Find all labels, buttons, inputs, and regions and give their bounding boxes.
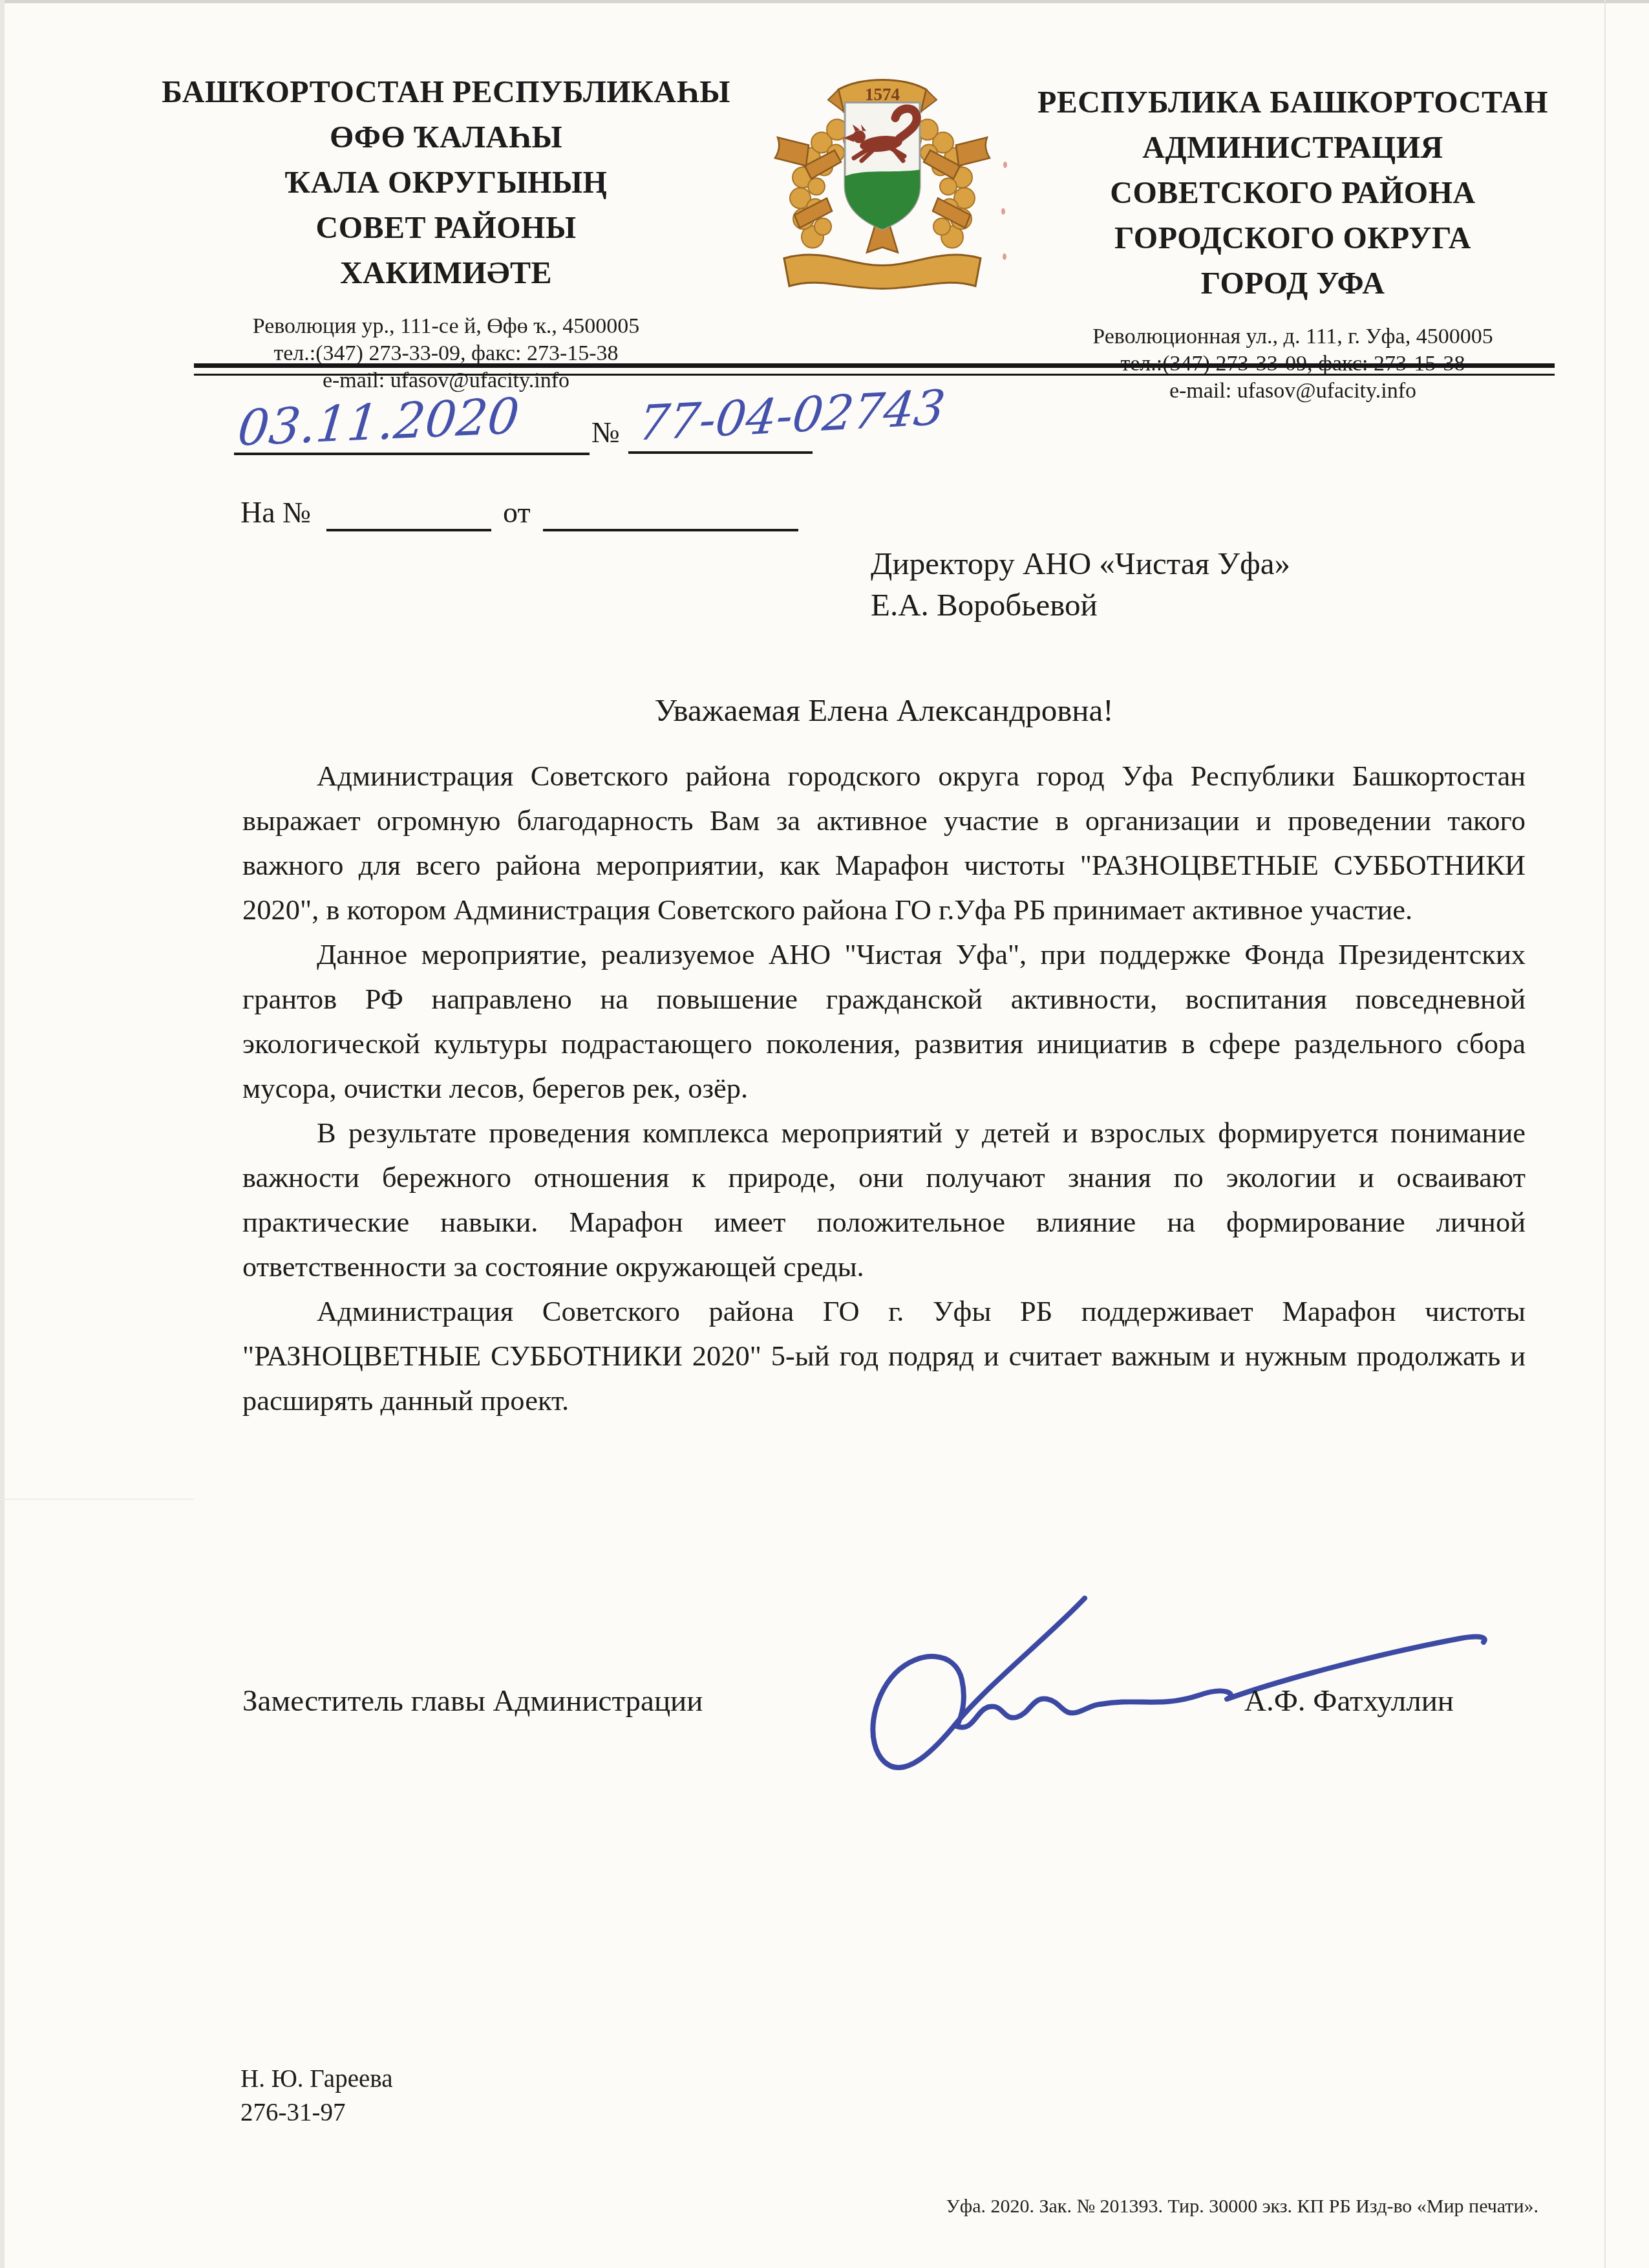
- address-line: Революция ур., 111-се й, Өфө ҡ., 4500005: [162, 313, 730, 340]
- address-line: e-mail: ufasov@ufacity.info: [1008, 378, 1577, 405]
- org-name-line: ӨФӨ ҠАЛАҺЫ: [162, 115, 730, 160]
- executor-phone: 276-31-97: [240, 2096, 392, 2130]
- scan-fold-line: [1604, 0, 1606, 2268]
- org-name-line: ГОРОД УФА: [1008, 261, 1577, 306]
- reply-ref-label: На №: [240, 495, 311, 530]
- org-name-line: БАШҠОРТОСТАН РЕСПУБЛИКАҺЫ: [162, 70, 730, 115]
- scan-edge-left: [0, 0, 5, 2268]
- letter-scan-page: БАШҠОРТОСТАН РЕСПУБЛИКАҺЫ ӨФӨ ҠАЛАҺЫ ҠАЛ…: [0, 0, 1649, 2268]
- body-paragraph: Администрация Советского района городско…: [242, 754, 1526, 932]
- body-paragraph: В результате проведения комплекса меропр…: [242, 1111, 1526, 1289]
- salutation: Уважаемая Елена Александровна!: [242, 692, 1526, 729]
- recipient-line-2: Е.А. Воробьевой: [871, 584, 1290, 626]
- recipient-line-1: Директору АНО «Чистая Уфа»: [871, 543, 1290, 584]
- recipient-block: Директору АНО «Чистая Уфа» Е.А. Воробьев…: [871, 543, 1290, 626]
- address-line: Революционная ул., д. 111, г. Уфа, 45000…: [1008, 323, 1577, 350]
- executor-block: Н. Ю. Гареева 276-31-97: [240, 2062, 392, 2130]
- print-imprint: Уфа. 2020. Зак. № 201393. Тир. 30000 экз…: [879, 2196, 1538, 2218]
- org-name-line: АДМИНИСТРАЦИЯ: [1008, 125, 1577, 171]
- ref-date-underline: [234, 453, 590, 455]
- letterhead-right: РЕСПУБЛИКА БАШКОРТОСТАН АДМИНИСТРАЦИЯ СО…: [1008, 80, 1577, 405]
- ufa-coat-of-arms-icon: 1574: [771, 59, 994, 292]
- print-speck: [1003, 162, 1007, 168]
- letter-body: Администрация Советского района городско…: [242, 754, 1526, 1423]
- org-name-line: ҠАЛА ОКРУГЫНЫҢ: [162, 160, 730, 206]
- print-speck: [1001, 208, 1005, 215]
- scan-edge-top: [0, 0, 1649, 3]
- shield-green-base: [845, 170, 920, 230]
- letterhead-left: БАШҠОРТОСТАН РЕСПУБЛИКАҺЫ ӨФӨ ҠАЛАҺЫ ҠАЛ…: [162, 70, 730, 394]
- letterhead-rule-thin: [194, 374, 1555, 376]
- signer-name: А.Ф. Фатхуллин: [1244, 1684, 1454, 1718]
- ref-number-underline: [628, 451, 813, 454]
- org-name-line: РЕСПУБЛИКА БАШКОРТОСТАН: [1008, 80, 1577, 125]
- reply-ref-underline-1: [326, 529, 491, 531]
- org-name-line: СОВЕТСКОГО РАЙОНА: [1008, 171, 1577, 216]
- body-paragraph: Администрация Советского района ГО г. Уф…: [242, 1289, 1526, 1423]
- emblem-year: 1574: [865, 85, 900, 104]
- reply-ref-label-from: от: [503, 495, 531, 530]
- org-name-line: СОВЕТ РАЙОНЫ: [162, 206, 730, 251]
- signer-position: Заместитель главы Администрации: [242, 1684, 703, 1718]
- paper-crease: [0, 1499, 194, 1500]
- print-speck: [1003, 253, 1006, 260]
- letterhead-rule-thick: [194, 363, 1555, 368]
- executor-name: Н. Ю. Гареева: [240, 2062, 392, 2096]
- org-address-block: Революция ур., 111-се й, Өфө ҡ., 4500005…: [162, 313, 730, 394]
- bottom-ribbon: [784, 255, 981, 288]
- signature-scribble-icon: [860, 1571, 1526, 1791]
- org-name-line: ХАКИМИӘТЕ: [162, 251, 730, 296]
- body-paragraph: Данное мероприятие, реализуемое АНО "Чис…: [242, 932, 1526, 1111]
- reply-ref-underline-2: [543, 529, 798, 531]
- ref-number-sign: №: [591, 415, 620, 449]
- ref-date-handwritten: 03.11.2020: [235, 387, 522, 456]
- org-name-line: ГОРОДСКОГО ОКРУГА: [1008, 216, 1577, 261]
